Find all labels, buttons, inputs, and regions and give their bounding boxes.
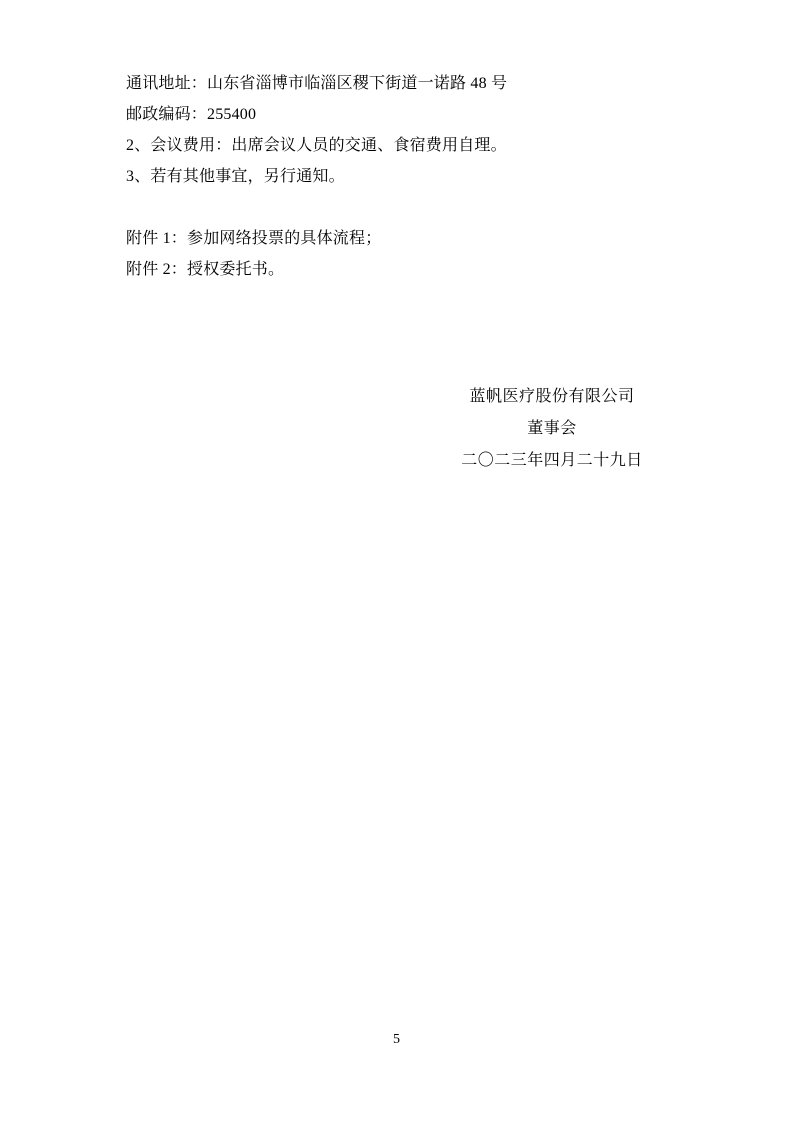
signature-company-name: 蓝帆医疗股份有限公司 [372, 381, 732, 413]
page-number: 5 [393, 1032, 400, 1048]
signature-block: 蓝帆医疗股份有限公司 董事会 二〇二三年四月二十九日 [372, 381, 732, 477]
document-body: 通讯地址：山东省淄博市临淄区稷下街道一诺路 48 号 邮政编码：255400 2… [126, 68, 738, 477]
meeting-fees-line: 2、会议费用：出席会议人员的交通、食宿费用自理。 [126, 130, 738, 161]
signature-board: 董事会 [372, 413, 732, 445]
page-footer: 5 [0, 1030, 793, 1048]
attachment-2-line: 附件 2：授权委托书。 [126, 254, 738, 285]
address-line: 通讯地址：山东省淄博市临淄区稷下街道一诺路 48 号 [126, 68, 738, 99]
document-page: 通讯地址：山东省淄博市临淄区稷下街道一诺路 48 号 邮政编码：255400 2… [0, 0, 793, 1122]
attachment-1-line: 附件 1：参加网络投票的具体流程； [126, 223, 738, 254]
signature-date: 二〇二三年四月二十九日 [372, 445, 732, 477]
postal-code-line: 邮政编码：255400 [126, 99, 738, 130]
blank-paragraph [126, 192, 738, 223]
other-matters-line: 3、若有其他事宜，另行通知。 [126, 161, 738, 192]
